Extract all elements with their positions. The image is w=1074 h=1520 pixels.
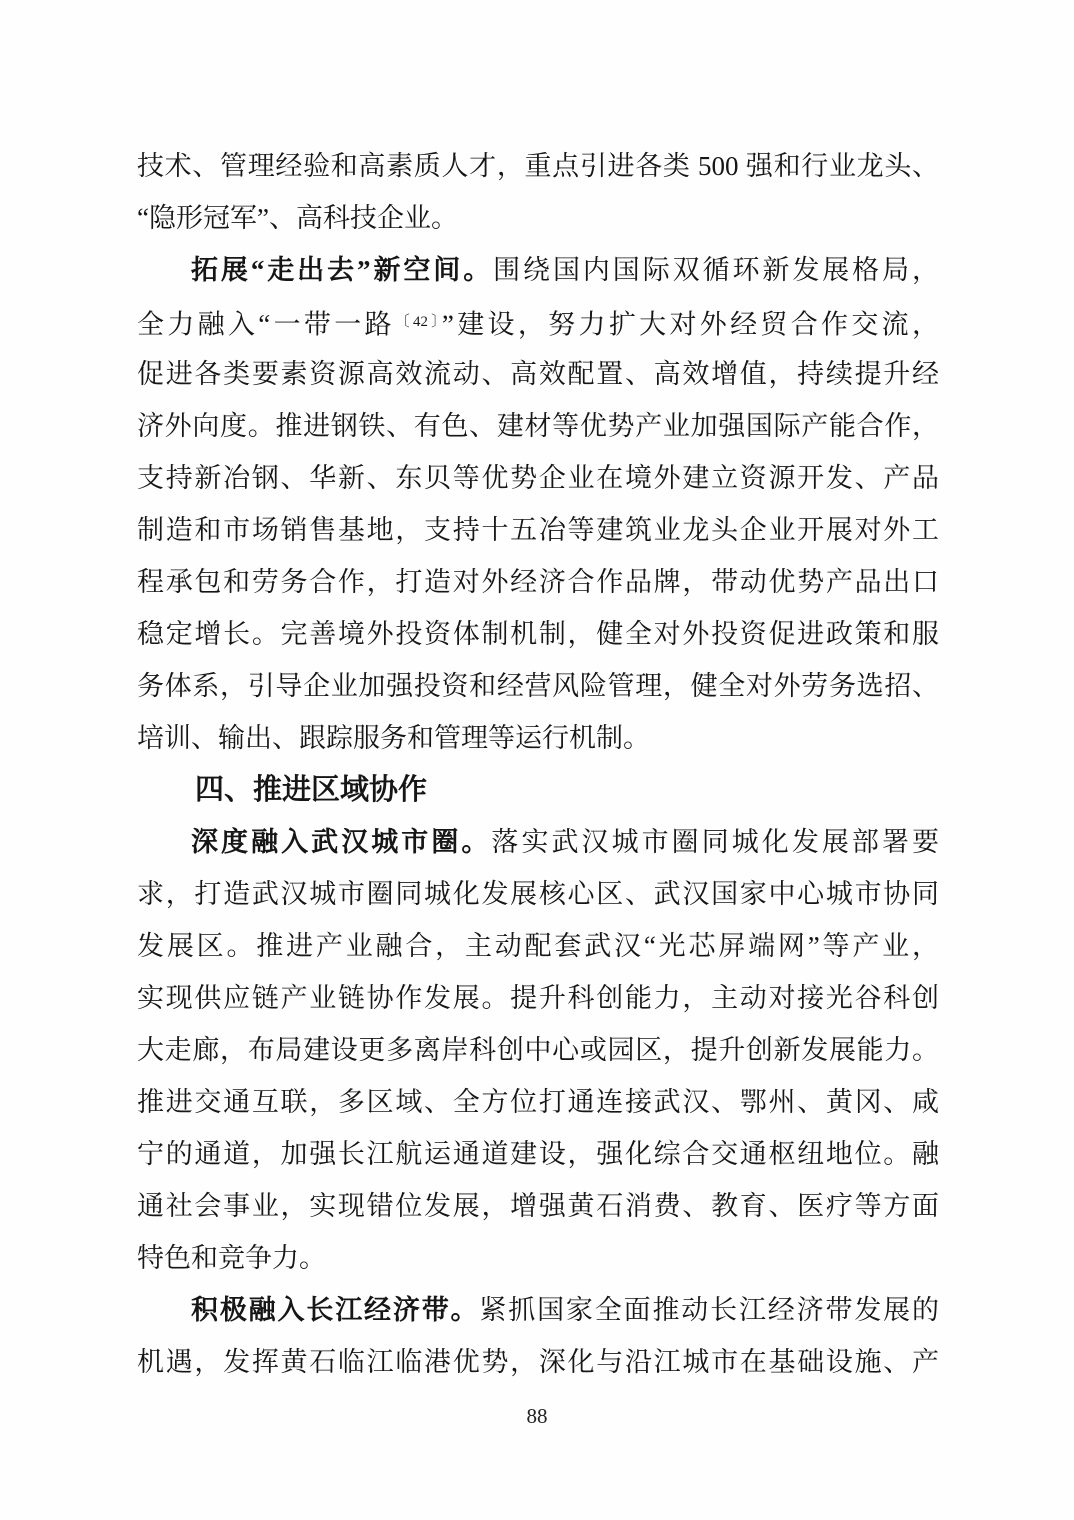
para-wuhan-metropolitan-circle-line-5: 大走廊，布局建设更多离岸科创中心或园区，提升创新发展能力。: [137, 1024, 939, 1076]
para-wuhan-metropolitan-circle-line-8: 通社会事业，实现错位发展，增强黄石消费、教育、医疗等方面: [137, 1180, 939, 1232]
text-run: 机遇，发挥黄石临江临港优势，深化与沿江城市在基础设施、产: [137, 1347, 939, 1377]
text-run: ”建设，努力扩大对外经贸合作交流，: [442, 309, 939, 339]
text-run: 济外向度。推进钢铁、有色、建材等优势产业加强国际产能合作，: [137, 411, 939, 441]
para-wuhan-metropolitan-circle-line-2: 求，打造武汉城市圈同城化发展核心区、武汉国家中心城市协同: [137, 868, 939, 920]
text-run: 制造和市场销售基地，支持十五冶等建筑业龙头企业开展对外工: [137, 515, 939, 545]
text-run: 稳定增长。完善境外投资体制机制，健全对外投资促进政策和服: [137, 619, 939, 649]
text-run: 促进各类要素资源高效流动、高效配置、高效增值，持续提升经: [137, 359, 939, 389]
text-run: 培训、输出、跟踪服务和管理等运行机制。: [137, 723, 650, 753]
text-run: 推进交通互联，多区域、全方位打通连接武汉、鄂州、黄冈、咸: [137, 1087, 939, 1117]
para-expand-going-out-line-9: 务体系，引导企业加强投资和经营风险管理，健全对外劳务选招、: [137, 660, 939, 712]
document-body: 技术、管理经验和高素质人才，重点引进各类 500 强和行业龙头、“隐形冠军”、高…: [137, 140, 939, 1388]
text-run: 技术、管理经验和高素质人才，重点引进各类 500 强和行业龙头、: [137, 151, 939, 181]
para-yangtze-economic-belt-line-1: 积极融入长江经济带。紧抓国家全面推动长江经济带发展的: [137, 1284, 939, 1336]
text-run: 务体系，引导企业加强投资和经营风险管理，健全对外劳务选招、: [137, 671, 939, 701]
para-expand-going-out-line-1: 拓展“走出去”新空间。围绕国内国际双循环新发展格局，: [137, 244, 939, 296]
text-run: 宁的通道，加强长江航运通道建设，强化综合交通枢纽地位。融: [137, 1139, 939, 1169]
page-number: 88: [0, 1404, 1074, 1429]
para-investment-attraction-continued: 技术、管理经验和高素质人才，重点引进各类 500 强和行业龙头、“隐形冠军”、高…: [137, 140, 939, 244]
para-expand-going-out-line-4: 济外向度。推进钢铁、有色、建材等优势产业加强国际产能合作，: [137, 400, 939, 452]
footnote-reference-42: 〔42〕: [395, 314, 442, 330]
para-wuhan-metropolitan-circle-line-3: 发展区。推进产业融合，主动配套武汉“光芯屏端网”等产业，: [137, 920, 939, 972]
para-expand-going-out-line-7: 程承包和劳务合作，打造对外经济合作品牌，带动优势产品出口: [137, 556, 939, 608]
para-investment-attraction-continued-line-2: “隐形冠军”、高科技企业。: [137, 192, 939, 244]
text-run: 支持新冶钢、华新、东贝等优势企业在境外建立资源开发、产品: [137, 463, 939, 493]
para-wuhan-metropolitan-circle-line-4: 实现供应链产业链协作发展。提升科创能力，主动对接光谷科创: [137, 972, 939, 1024]
para-wuhan-metropolitan-circle-line-1: 深度融入武汉城市圈。落实武汉城市圈同城化发展部署要: [137, 816, 939, 868]
para-investment-attraction-continued-line-1: 技术、管理经验和高素质人才，重点引进各类 500 强和行业龙头、: [137, 140, 939, 192]
paragraph-lead-emphasis: 深度融入武汉城市圈。: [191, 827, 491, 857]
para-expand-going-out-line-3: 促进各类要素资源高效流动、高效配置、高效增值，持续提升经: [137, 348, 939, 400]
paragraph-lead-emphasis: 积极融入长江经济带。: [191, 1295, 479, 1325]
text-run: 紧抓国家全面推动长江经济带发展的: [479, 1295, 939, 1325]
section-heading-4-regional-cooperation-line-1: 四、推进区域协作: [137, 764, 939, 816]
text-run: 大走廊，布局建设更多离岸科创中心或园区，提升创新发展能力。: [137, 1035, 939, 1065]
section-heading-4-regional-cooperation: 四、推进区域协作: [137, 764, 939, 816]
para-expand-going-out-line-10: 培训、输出、跟踪服务和管理等运行机制。: [137, 712, 939, 764]
text-run: 全力融入“一带一路: [137, 309, 395, 339]
text-run: 发展区。推进产业融合，主动配套武汉“光芯屏端网”等产业，: [137, 931, 939, 961]
text-run: 求，打造武汉城市圈同城化发展核心区、武汉国家中心城市协同: [137, 879, 939, 909]
para-wuhan-metropolitan-circle: 深度融入武汉城市圈。落实武汉城市圈同城化发展部署要求，打造武汉城市圈同城化发展核…: [137, 816, 939, 1284]
para-yangtze-economic-belt: 积极融入长江经济带。紧抓国家全面推动长江经济带发展的机遇，发挥黄石临江临港优势，…: [137, 1284, 939, 1388]
text-run: 通社会事业，实现错位发展，增强黄石消费、教育、医疗等方面: [137, 1191, 939, 1221]
text-run: 特色和竞争力。: [137, 1243, 326, 1273]
para-expand-going-out-line-6: 制造和市场销售基地，支持十五冶等建筑业龙头企业开展对外工: [137, 504, 939, 556]
para-expand-going-out: 拓展“走出去”新空间。围绕国内国际双循环新发展格局，全力融入“一带一路〔42〕”…: [137, 244, 939, 764]
text-run: 实现供应链产业链协作发展。提升科创能力，主动对接光谷科创: [137, 983, 939, 1013]
para-yangtze-economic-belt-line-2: 机遇，发挥黄石临江临港优势，深化与沿江城市在基础设施、产: [137, 1336, 939, 1388]
text-run: 程承包和劳务合作，打造对外经济合作品牌，带动优势产品出口: [137, 567, 939, 597]
text-run: 落实武汉城市圈同城化发展部署要: [491, 827, 939, 857]
document-page: 技术、管理经验和高素质人才，重点引进各类 500 强和行业龙头、“隐形冠军”、高…: [0, 0, 1074, 1520]
para-expand-going-out-line-8: 稳定增长。完善境外投资体制机制，健全对外投资促进政策和服: [137, 608, 939, 660]
para-expand-going-out-line-5: 支持新冶钢、华新、东贝等优势企业在境外建立资源开发、产品: [137, 452, 939, 504]
text-run: 围绕国内国际双循环新发展格局，: [493, 255, 939, 285]
paragraph-lead-emphasis: 四、推进区域协作: [195, 774, 427, 806]
para-expand-going-out-line-2: 全力融入“一带一路〔42〕”建设，努力扩大对外经贸合作交流，: [137, 296, 939, 348]
paragraph-lead-emphasis: 拓展“走出去”新空间。: [191, 255, 493, 285]
text-run: “隐形冠军”、高科技企业。: [137, 203, 458, 233]
para-wuhan-metropolitan-circle-line-7: 宁的通道，加强长江航运通道建设，强化综合交通枢纽地位。融: [137, 1128, 939, 1180]
para-wuhan-metropolitan-circle-line-6: 推进交通互联，多区域、全方位打通连接武汉、鄂州、黄冈、咸: [137, 1076, 939, 1128]
para-wuhan-metropolitan-circle-line-9: 特色和竞争力。: [137, 1232, 939, 1284]
